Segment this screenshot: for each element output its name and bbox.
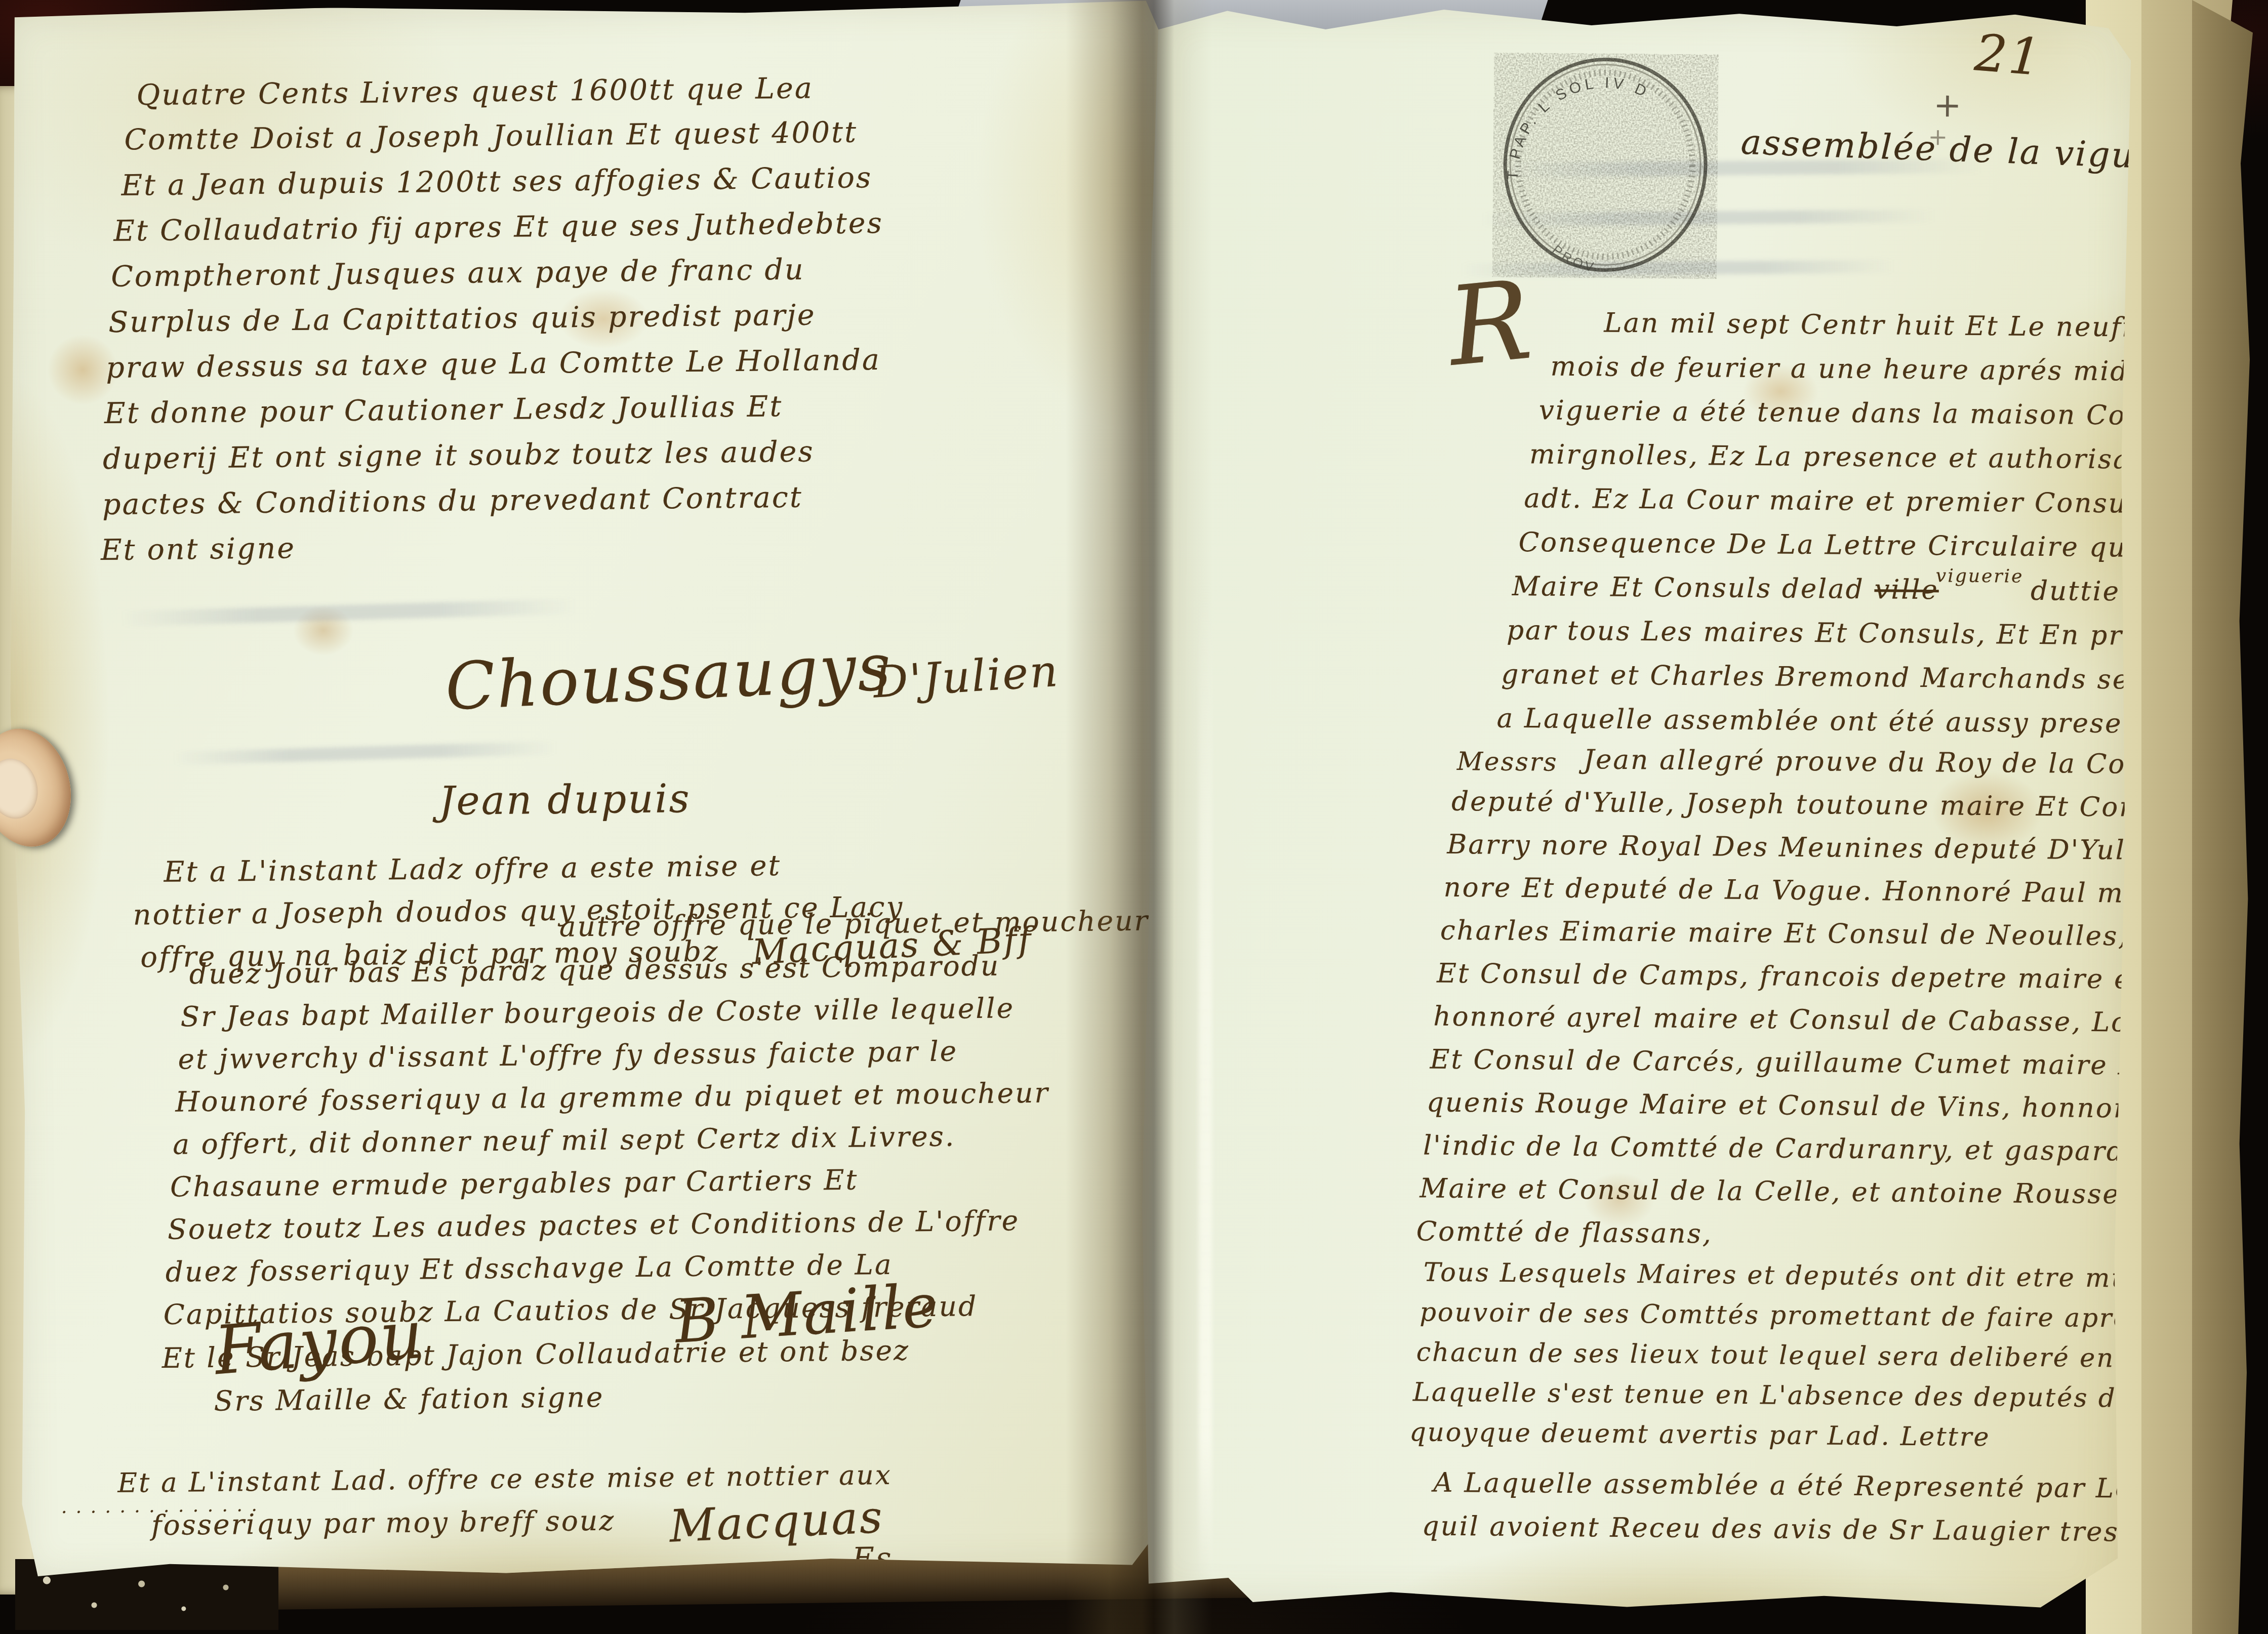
manuscript-line: duperij Et ont signe it soubz toutz les … bbox=[103, 435, 815, 476]
manuscript-line: Et a L'instant Lad. offre ce este mise e… bbox=[117, 1460, 892, 1499]
manuscript-line: Chasaune ermude pergables par Cartiers E… bbox=[170, 1164, 859, 1203]
marginal-paraph: R bbox=[1443, 256, 1538, 391]
manuscript-line: autre offre que le piquet et moucheur bbox=[559, 904, 1149, 943]
svg-text:PROV: PROV bbox=[1549, 242, 1598, 275]
gutter-highlight bbox=[1199, 582, 1212, 1584]
manuscript-line: Comtté de flassans, bbox=[1416, 1216, 1713, 1249]
manuscript-line: Quatre Cents Livres quest 1600tt que Lea bbox=[136, 71, 814, 112]
left-page: Quatre Cents Livres quest 1600tt que Lea… bbox=[3, 0, 1179, 1583]
fore-edge-layer bbox=[2192, 0, 2253, 1634]
signature-julien: D'Julien bbox=[872, 646, 1061, 708]
manuscript-line: Srs Maille & fation signe bbox=[214, 1381, 604, 1417]
page-number: 21 bbox=[1973, 23, 2045, 87]
manuscript-line: Surplus de La Capittatios quis predist p… bbox=[108, 298, 816, 339]
manuscript-line: quoyque deuemt avertis par Lad. Lettre bbox=[1409, 1417, 1991, 1452]
manuscript-line: Souetz toutz Les audes pactes et Conditi… bbox=[168, 1204, 1020, 1246]
manuscript-line: Et a Jean dupuis 1200tt ses affogies & C… bbox=[121, 161, 872, 202]
manuscript-line: a Laquelle assemblée ont été aussy prese… bbox=[1496, 703, 2169, 740]
manuscript-line: Et donne pour Cautioner Lesdz Joullias E… bbox=[104, 390, 783, 430]
bleedthrough-ghost bbox=[120, 598, 576, 626]
manuscript-line: praw dessus sa taxe que La Comtte Le Hol… bbox=[106, 343, 881, 385]
paper-stain bbox=[293, 605, 354, 656]
inserted-word: viguerie bbox=[1936, 565, 2024, 587]
right-page: T PAP. L SOL IV D PROV 21 + + assemblée … bbox=[1135, 4, 2133, 1615]
line-segment: Maire Et Consuls delad bbox=[1512, 571, 1875, 605]
manuscript-line: et jwverchy d'issant L'offre fy dessus f… bbox=[178, 1035, 958, 1075]
manuscript-line: Comtte Doist a Joseph Joullian Et quest … bbox=[124, 115, 858, 156]
line-segment: Laquelle s'est tenue en L'absence des de… bbox=[1413, 1377, 2208, 1414]
bleedthrough-ghost bbox=[173, 741, 557, 765]
manuscript-line: Et a L'instant Ladz offre a este mise et bbox=[164, 849, 781, 889]
manuscript-line: fosseriquy par moy breff souz bbox=[151, 1504, 616, 1542]
manuscript-line: Et Collaudatrio fij apres Et que ses Jut… bbox=[113, 207, 883, 248]
manuscript-line: Comptheront Jusques aux paye de franc du bbox=[111, 253, 805, 294]
cross-mark: + bbox=[1933, 86, 1962, 125]
manuscript-line: Hounoré fosseriquy a la gremme du piquet… bbox=[175, 1077, 1049, 1118]
thumbnail bbox=[0, 753, 44, 824]
margin-word-messieurs: Messrs bbox=[1457, 747, 1558, 777]
stamp-bottom-text: PROV bbox=[1549, 242, 1598, 275]
manuscript-line: Sr Jeas bapt Mailler bourgeois de Coste … bbox=[180, 992, 1015, 1033]
signature-choussaugys: Choussaugys bbox=[444, 629, 894, 725]
fiscal-stamp: T PAP. L SOL IV D PROV bbox=[1490, 48, 1720, 282]
struck-word: ville bbox=[1874, 574, 1939, 605]
manuscript-line: a offert, dit donner neuf mil sept Certz… bbox=[173, 1120, 956, 1160]
manuscript-line: Et ont signe bbox=[101, 532, 296, 567]
signature-fayou: Fayou bbox=[212, 1295, 427, 1390]
manuscript-line: pactes & Conditions du prevedant Contrac… bbox=[102, 481, 803, 521]
signature-dupuis: Jean dupuis bbox=[439, 776, 691, 824]
